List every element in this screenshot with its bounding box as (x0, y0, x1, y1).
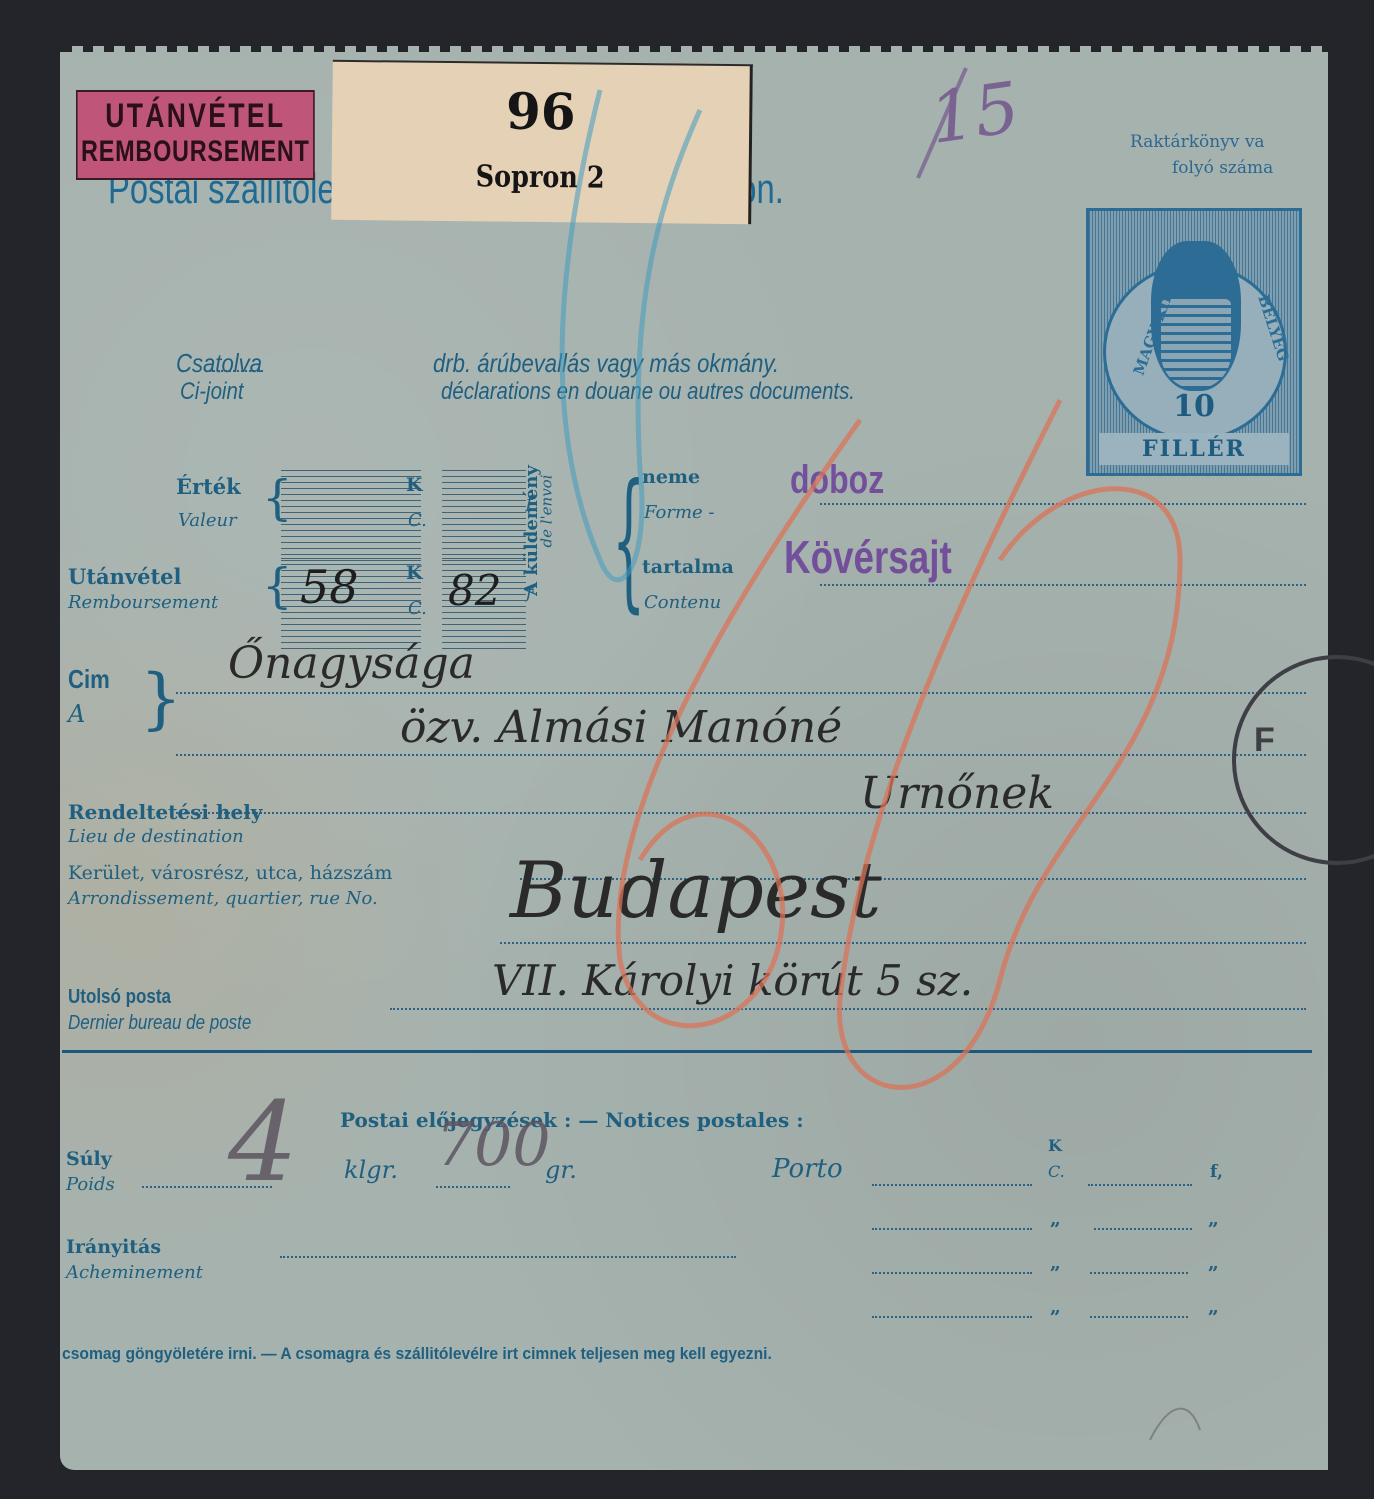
last-post-label-fr: Dernier bureau de poste (68, 1012, 251, 1035)
cod-label-hu: Utánvétel (68, 564, 182, 589)
perforated-edge (72, 46, 1328, 56)
cod-label-fr: Remboursement (68, 592, 218, 613)
form-stamp: doboz (790, 458, 884, 503)
postage-stamp: MAGY·KIR· BÉLYEG 10 FILLÉR (1086, 208, 1302, 476)
cod-crowns-value: 58 (300, 560, 359, 614)
form-field (820, 503, 1306, 505)
unit-k: K (406, 562, 423, 584)
street-handwritten: VII. Károlyi körút 5 sz. (492, 956, 973, 1005)
attached-label-fr: Ci-joint (180, 378, 243, 406)
address-line1-handwritten: Őnagysága (228, 638, 475, 689)
porto-f: f, (1210, 1162, 1223, 1182)
last-post-field (390, 1008, 1306, 1010)
content-stamp: Kövérsajt (784, 530, 952, 584)
porto-f-field-4 (1090, 1316, 1188, 1318)
porto-f-field-2 (1094, 1228, 1192, 1230)
attached-label-hu: Csatolva (176, 348, 262, 379)
weight-g-handwritten: 700 (436, 1110, 551, 1180)
content-label-fr: Contenu (644, 592, 721, 613)
porto-k: K (1048, 1136, 1062, 1155)
footer-note: csomag göngyöletére irni. — A csomagra é… (62, 1344, 772, 1364)
stamp-currency: FILLÉR (1099, 433, 1289, 465)
porto-k-field-3 (872, 1272, 1032, 1274)
coat-of-arms-icon (1161, 299, 1231, 389)
weight-kg-handwritten: 4 (228, 1078, 298, 1206)
kg-unit: klgr. (344, 1156, 398, 1184)
register-line1: Raktárkönyv va (1130, 132, 1265, 152)
attached-text-fr: déclarations en douane ou autres documen… (441, 378, 855, 406)
address-line3-handwritten: Urnőnek (860, 768, 1054, 819)
section-divider (62, 1050, 1312, 1053)
address-line2-handwritten: özv. Almási Manóné (400, 702, 842, 753)
ditto-mark: „ (1208, 1208, 1219, 1230)
form-label-hu: neme (642, 466, 700, 488)
porto-label: Porto (772, 1154, 843, 1184)
ditto-mark: „ (1050, 1208, 1061, 1230)
address-line-3 (176, 812, 1306, 814)
value-label-fr: Valeur (178, 510, 237, 531)
attachment-count-field (205, 370, 263, 372)
pencil-annotation: 15 (925, 66, 1025, 160)
porto-f-field-3 (1090, 1272, 1188, 1274)
unit-k: K (406, 474, 423, 496)
ditto-mark: „ (1050, 1296, 1061, 1318)
destination-label-hu: Rendeltetési hely (68, 800, 262, 824)
vertical-label-fr: de l'envoi (538, 474, 556, 547)
city-handwritten: Budapest (510, 846, 881, 936)
address-label-hu: Cim (68, 664, 110, 695)
brace: } (140, 660, 182, 737)
postmark-letter: F (1254, 721, 1275, 760)
street-field (500, 942, 1306, 944)
ditto-mark: „ (1050, 1252, 1061, 1274)
register-line2: folyó száma (1172, 158, 1273, 178)
cod-filler-value: 82 (448, 566, 501, 615)
weight-label-fr: Poids (66, 1174, 115, 1195)
content-label-hu: tartalma (642, 556, 734, 578)
last-post-label-hu: Utolsó posta (68, 986, 171, 1009)
parcel-number: 96 (332, 80, 750, 143)
stamp-value: 10 (1089, 389, 1299, 424)
destination-label-fr: Lieu de destination (68, 826, 244, 847)
district-label-fr: Arrondissement, quartier, rue No. (68, 888, 378, 909)
postal-notes-heading: Postai előjegyzések : — Notices postales… (340, 1108, 804, 1132)
weight-label-hu: Súly (66, 1148, 112, 1170)
unit-c: C. (408, 598, 427, 619)
routing-label-hu: Irányitás (66, 1236, 161, 1258)
porto-f-field-1 (1088, 1184, 1192, 1186)
brace: { (612, 460, 645, 620)
ditto-mark: „ (1208, 1252, 1219, 1274)
district-label-hu: Kerület, városrész, utca, házszám (68, 862, 392, 884)
routing-field (280, 1256, 736, 1258)
unit-c: C. (408, 510, 427, 531)
porto-c: C. (1048, 1162, 1065, 1181)
attached-text-hu: drb. árúbevallás vagy más okmány. (433, 348, 779, 379)
cod-label: UTÁNVÉTEL REMBOURSEMENT (76, 90, 315, 180)
porto-k-field-4 (872, 1316, 1032, 1318)
porto-k-field-2 (872, 1228, 1032, 1230)
address-line-2 (176, 754, 1306, 756)
form-label-fr: Forme - (644, 502, 714, 523)
routing-label-fr: Acheminement (66, 1262, 203, 1283)
value-label-hu: Érték (176, 474, 241, 499)
address-line-1 (176, 692, 1306, 694)
address-label-fr: A (68, 700, 85, 728)
post-office: Sopron 2 (363, 158, 718, 197)
parcel-number-label: 96 Sopron 2 (331, 60, 753, 224)
weight-g-field (436, 1186, 510, 1188)
value-crowns-field (281, 470, 421, 566)
porto-k-field-1 (872, 1184, 1032, 1186)
ditto-mark: „ (1208, 1296, 1219, 1318)
value-filler-field (442, 470, 526, 566)
content-field (820, 584, 1306, 586)
